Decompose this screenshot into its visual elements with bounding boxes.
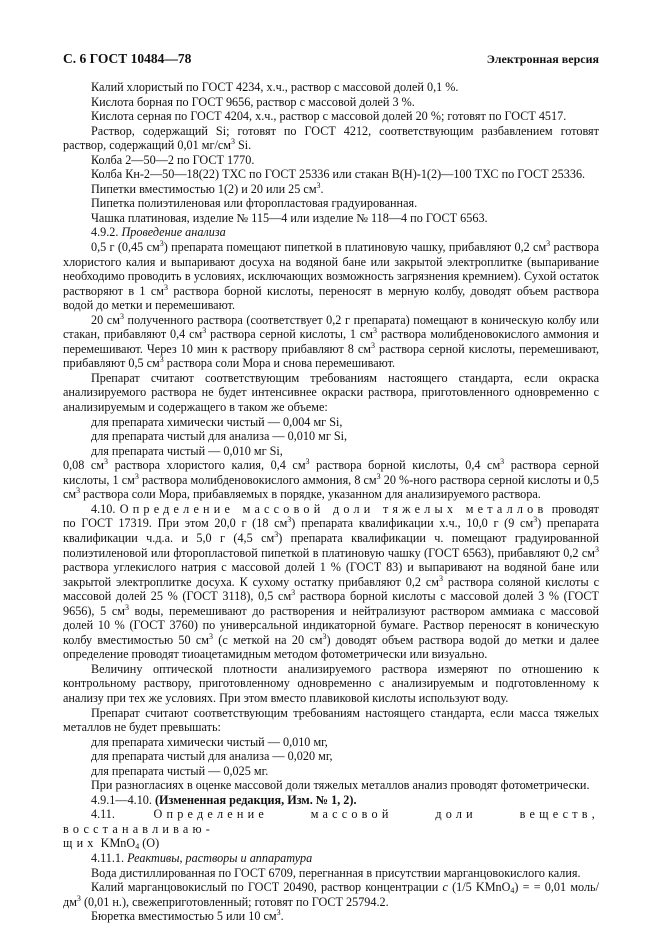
page-number-standard: С. 6 ГОСТ 10484—78 <box>63 51 191 67</box>
formula: KMnO <box>101 836 136 850</box>
section-4-10-paragraph-2: Величину оптической плотности анализируе… <box>63 662 599 706</box>
text-run: (1/5 KMnO <box>448 880 511 894</box>
text-run: Si. <box>235 138 251 152</box>
document-body: Калий хлористый по ГОСТ 4234, х.ч., раст… <box>63 80 599 924</box>
text-run: раствора серной кислоты, 1 см <box>206 327 373 341</box>
reagent-burette: Бюретка вместимостью 5 или 10 см3. <box>63 909 599 924</box>
section-4-10-paragraph-1: 4.10. Определение массовой доли тяжелых … <box>63 502 599 662</box>
section-number: 4.9.2. <box>91 225 121 239</box>
section-number: 4.9.1—4.10. <box>91 793 155 807</box>
limit-metals-analytical-grade: для препарата чистый для анализа — 0,020… <box>63 749 599 764</box>
text-run: ) препарата помещают пипеткой в платинов… <box>164 240 546 254</box>
text-run: 20 см <box>91 313 120 327</box>
section-4-10-paragraph-3: Препарат считают соответствующим требова… <box>63 706 599 735</box>
limit-si-analytical-grade: для препарата чистый для анализа — 0,010… <box>63 429 599 444</box>
text-run: . <box>321 182 324 196</box>
text-run: раствора молибденовокислого аммония, 8 с… <box>139 473 377 487</box>
text-run: ) препарата квалификации х.ч., 10,0 г (9… <box>291 516 533 530</box>
paragraph-platinum-dish: Чашка платиновая, изделие № 115—4 или из… <box>63 211 599 226</box>
paragraph-pipettes: Пипетки вместимостью 1(2) и 20 или 25 см… <box>63 182 599 197</box>
paragraph-potassium-chloride: Калий хлористый по ГОСТ 4234, х.ч., раст… <box>63 80 599 95</box>
paragraph-conical-flask: Колба Кн-2—50—18(22) ТХС по ГОСТ 25336 и… <box>63 167 599 182</box>
paragraph-analysis-2: 20 см3 полученного раствора (соответству… <box>63 313 599 371</box>
text-run: Раствор, содержащий Si; готовят по ГОСТ … <box>63 124 599 153</box>
amendment-text: (Измененная редакция, Изм. № 1, 2). <box>155 793 357 807</box>
edition-label: Электронная версия <box>487 52 599 67</box>
amendment-note: 4.9.1—4.10. (Измененная редакция, Изм. №… <box>63 793 599 808</box>
section-title: щих <box>63 836 98 850</box>
section-heading-4-9-2: 4.9.2. Проведение анализа <box>63 225 599 240</box>
paragraph-si-solution: Раствор, содержащий Si; готовят по ГОСТ … <box>63 124 599 153</box>
text-run: раствора соли Мора и снова перемешивают. <box>164 356 395 370</box>
section-heading-4-11-1: 4.11.1. Реактивы, растворы и аппаратура <box>63 851 599 866</box>
paragraph-analysis-1: 0,5 г (0,45 см3) препарата помещают пипе… <box>63 240 599 313</box>
page-header: С. 6 ГОСТ 10484—78 Электронная версия <box>63 51 599 69</box>
paragraph-flask: Колба 2—50—2 по ГОСТ 1770. <box>63 153 599 168</box>
text-run: (с меткой на 20 см <box>213 633 322 647</box>
text-run: . <box>281 909 284 923</box>
section-number: 4.11.1. <box>91 851 127 865</box>
formula: (O) <box>139 836 159 850</box>
paragraph-analysis-4: 0,08 см3 раствора хлористого калия, 0,4 … <box>63 458 599 502</box>
superscript: 3 <box>595 545 599 554</box>
limit-metals-chemically-pure: для препарата химически чистый — 0,010 м… <box>63 735 599 750</box>
section-number: 4.11. <box>91 807 154 821</box>
limit-si-pure: для препарата чистый — 0,010 мг Si, <box>63 444 599 459</box>
text-run: 0,08 см <box>63 458 104 472</box>
section-4-10-paragraph-4: При разногласиях в оценке массовой доли … <box>63 778 599 793</box>
limit-metals-pure: для препарата чистый — 0,025 мг. <box>63 764 599 779</box>
paragraph-sulfuric-acid: Кислота серная по ГОСТ 4204, х.ч., раств… <box>63 109 599 124</box>
paragraph-analysis-3: Препарат считают соответствующим требова… <box>63 371 599 415</box>
section-title: Реактивы, растворы и аппаратура <box>127 851 312 865</box>
section-number: 4.10. <box>91 502 120 516</box>
text-run: раствора хлористого калия, 0,4 см <box>108 458 306 472</box>
paragraph-pipette-polyethylene: Пипетка полиэтиленовая или фторопластова… <box>63 196 599 211</box>
text-run: Бюретка вместимостью 5 или 10 см <box>91 909 277 923</box>
text-run: раствора борной кислоты, 0,4 см <box>310 458 501 472</box>
section-heading-4-11: 4.11. Определение массовой доли веществ,… <box>63 807 599 836</box>
text-run: раствора соли Мора, прибавляемых в поряд… <box>80 487 541 501</box>
text-run: Калий марганцовокислый по ГОСТ 20490, ра… <box>91 880 442 894</box>
text-run: Пипетки вместимостью 1(2) и 20 или 25 см <box>91 182 317 196</box>
reagent-water: Вода дистиллированная по ГОСТ 6709, пере… <box>63 866 599 881</box>
text-run: 0,5 г (0,45 см <box>91 240 160 254</box>
section-title: Проведение анализа <box>121 225 225 239</box>
reagent-permanganate: Калий марганцовокислый по ГОСТ 20490, ра… <box>63 880 599 909</box>
text-run: (0,01 н.), свежеприготовленный; готовят … <box>81 895 389 909</box>
section-heading-4-11-cont: щих KMnO4 (O) <box>63 836 599 851</box>
paragraph-boric-acid: Кислота борная по ГОСТ 9656, раствор с м… <box>63 95 599 110</box>
limit-si-chemically-pure: для препарата химически чистый — 0,004 м… <box>63 415 599 430</box>
section-title: Определение массовой доли тяжелых металл… <box>120 502 548 516</box>
